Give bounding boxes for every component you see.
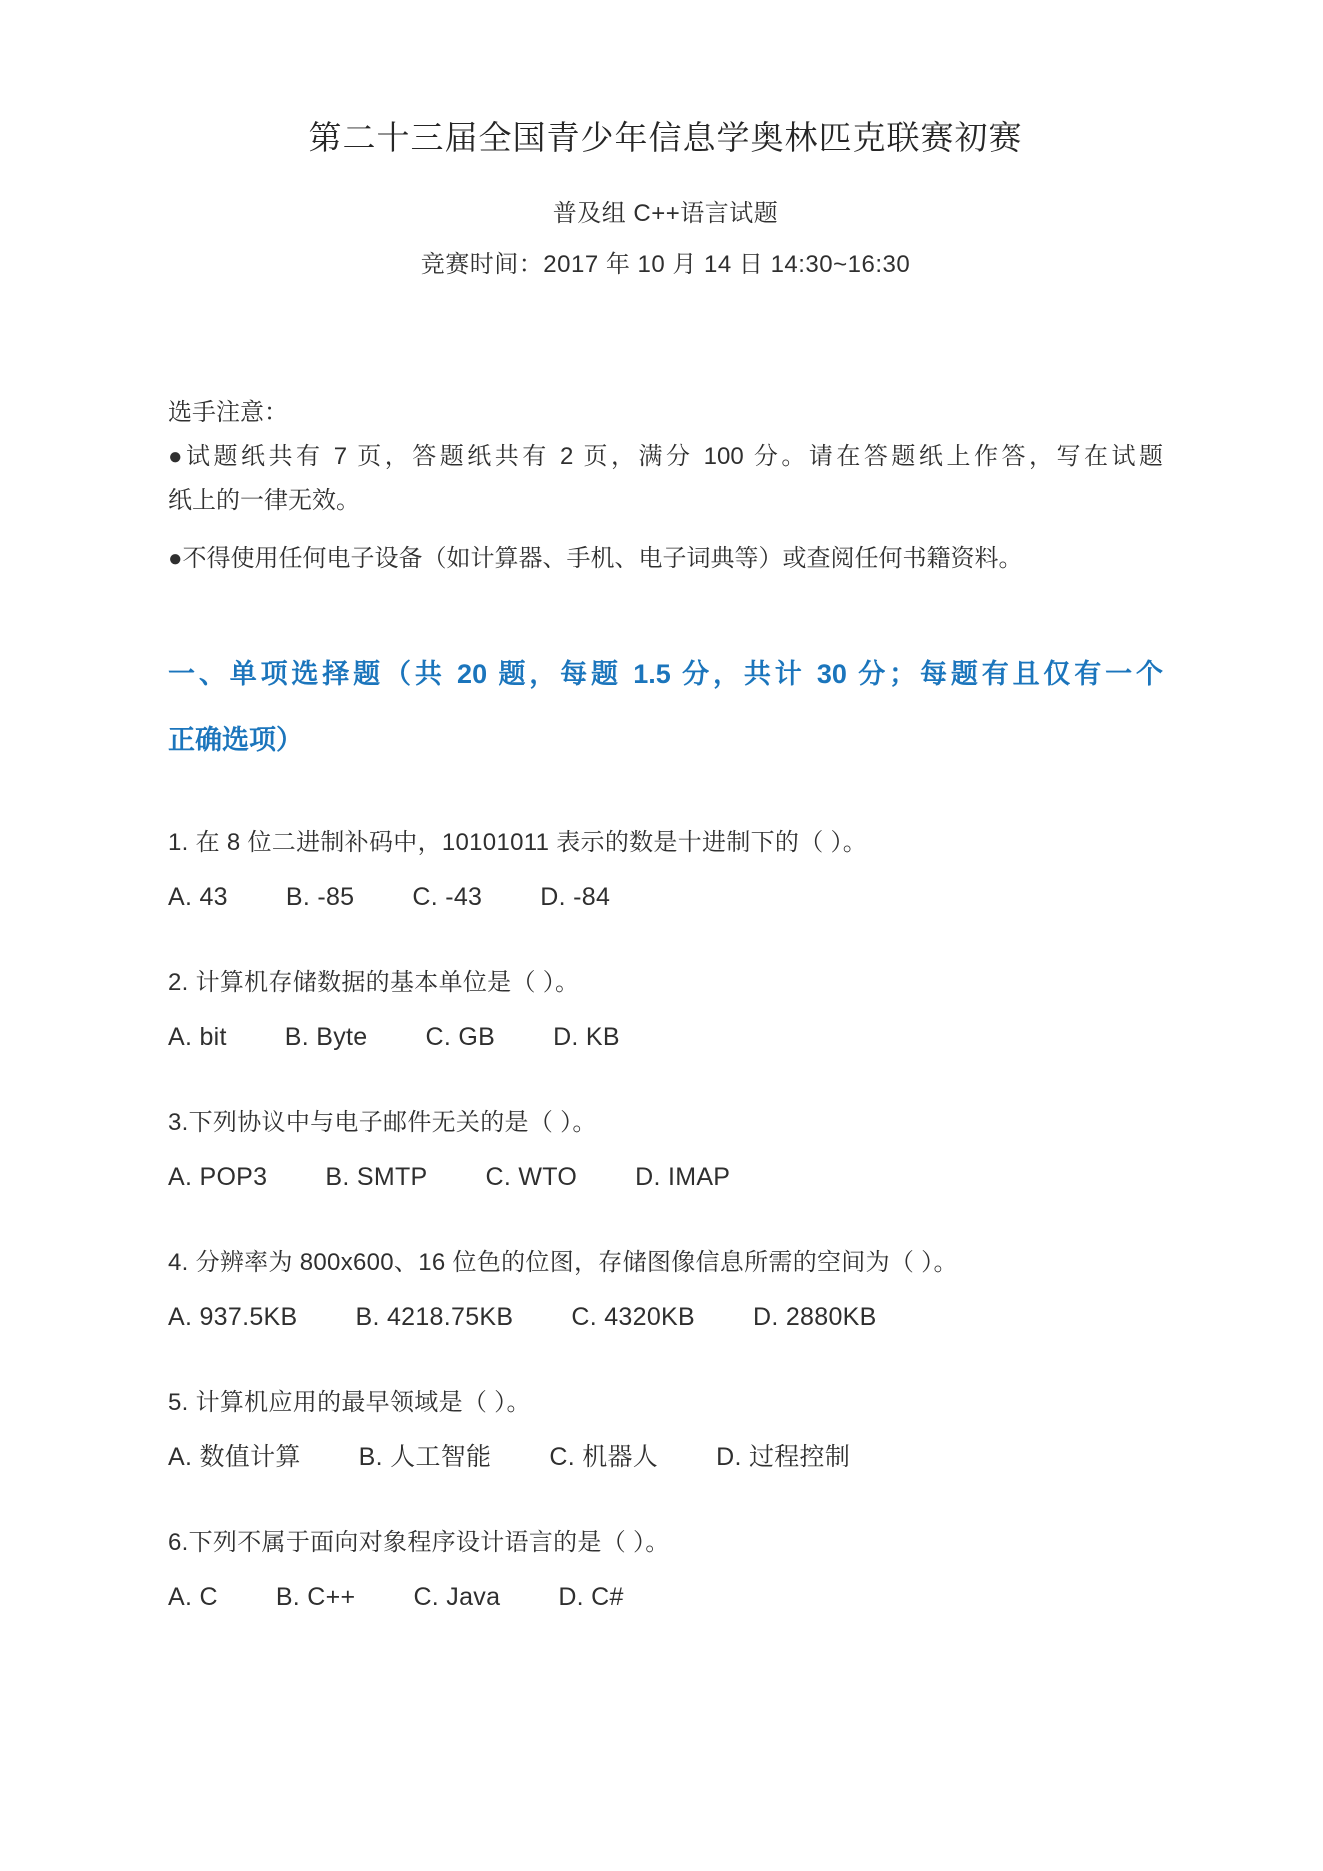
exam-subtitle: 普及组 C++语言试题	[168, 193, 1163, 228]
question-text: 3.下列协议中与电子邮件无关的是（ ）。	[168, 1109, 1163, 1137]
option-b: B. Byte	[285, 1023, 368, 1051]
option-c: C. -43	[412, 883, 482, 911]
contest-time: 竞赛时间：2017 年 10 月 14 日 14:30~16:30	[168, 244, 1163, 279]
options-row: A. POP3 B. SMTP C. WTO D. IMAP	[168, 1163, 1163, 1191]
options-row: A. 数值计算 B. 人工智能 C. 机器人 D. 过程控制	[168, 1443, 1163, 1471]
question-block-3: 3.下列协议中与电子邮件无关的是（ ）。 A. POP3 B. SMTP C. …	[168, 1109, 1163, 1191]
page-title: 第二十三届全国青少年信息学奥林匹克联赛初赛	[168, 118, 1163, 161]
options-row: A. 43 B. -85 C. -43 D. -84	[168, 883, 1163, 911]
option-d: D. IMAP	[635, 1163, 730, 1191]
question-block-6: 6.下列不属于面向对象程序设计语言的是（ ）。 A. C B. C++ C. J…	[168, 1529, 1163, 1611]
notice-item-1-line-2: 纸上的一律无效。	[168, 479, 1163, 523]
option-a: A. C	[168, 1583, 218, 1611]
options-row: A. C B. C++ C. Java D. C#	[168, 1583, 1163, 1611]
section-heading: 一、单项选择题（共 20 题，每题 1.5 分，共计 30 分；每题有且仅有一个…	[168, 641, 1163, 773]
option-b: B. -85	[286, 883, 355, 911]
section-heading-line-1: 一、单项选择题（共 20 题，每题 1.5 分，共计 30 分；每题有且仅有一个	[168, 641, 1163, 707]
question-text: 2. 计算机存储数据的基本单位是（ ）。	[168, 969, 1163, 997]
option-c: C. 4320KB	[571, 1303, 695, 1331]
option-b: B. 4218.75KB	[355, 1303, 513, 1331]
options-row: A. bit B. Byte C. GB D. KB	[168, 1023, 1163, 1051]
notice-item-2: ●不得使用任何电子设备（如计算器、手机、电子词典等）或查阅任何书籍资料。	[168, 537, 1163, 581]
question-block-2: 2. 计算机存储数据的基本单位是（ ）。 A. bit B. Byte C. G…	[168, 969, 1163, 1051]
options-row: A. 937.5KB B. 4218.75KB C. 4320KB D. 288…	[168, 1303, 1163, 1331]
option-a: A. POP3	[168, 1163, 267, 1191]
question-text: 1. 在 8 位二进制补码中，10101011 表示的数是十进制下的（ ）。	[168, 829, 1163, 857]
question-text: 6.下列不属于面向对象程序设计语言的是（ ）。	[168, 1529, 1163, 1557]
notice-heading: 选手注意：	[168, 391, 1163, 435]
option-d: D. 2880KB	[753, 1303, 877, 1331]
contestant-notice: 选手注意： ●试题纸共有 7 页，答题纸共有 2 页，满分 100 分。请在答题…	[168, 391, 1163, 581]
option-d: D. KB	[553, 1023, 620, 1051]
option-d: D. -84	[540, 883, 610, 911]
option-c: C. WTO	[486, 1163, 578, 1191]
section-heading-line-2: 正确选项）	[168, 707, 1163, 773]
option-b: B. SMTP	[325, 1163, 427, 1191]
option-a: A. 43	[168, 883, 228, 911]
option-c: C. Java	[413, 1583, 500, 1611]
question-list: 1. 在 8 位二进制补码中，10101011 表示的数是十进制下的（ ）。 A…	[168, 829, 1163, 1611]
notice-item-1-line-1: ●试题纸共有 7 页，答题纸共有 2 页，满分 100 分。请在答题纸上作答，写…	[168, 435, 1163, 479]
question-block-4: 4. 分辨率为 800x600、16 位色的位图，存储图像信息所需的空间为（ ）…	[168, 1249, 1163, 1331]
question-text: 4. 分辨率为 800x600、16 位色的位图，存储图像信息所需的空间为（ ）…	[168, 1249, 1163, 1277]
option-c: C. 机器人	[549, 1443, 658, 1471]
option-a: A. bit	[168, 1023, 227, 1051]
question-block-5: 5. 计算机应用的最早领域是（ ）。 A. 数值计算 B. 人工智能 C. 机器…	[168, 1389, 1163, 1471]
option-d: D. C#	[558, 1583, 623, 1611]
option-d: D. 过程控制	[716, 1443, 850, 1471]
option-b: B. C++	[276, 1583, 356, 1611]
option-b: B. 人工智能	[359, 1443, 492, 1471]
exam-paper-page: 第二十三届全国青少年信息学奥林匹克联赛初赛 普及组 C++语言试题 竞赛时间：2…	[0, 0, 1323, 1871]
option-a: A. 数值计算	[168, 1443, 301, 1471]
question-block-1: 1. 在 8 位二进制补码中，10101011 表示的数是十进制下的（ ）。 A…	[168, 829, 1163, 911]
question-text: 5. 计算机应用的最早领域是（ ）。	[168, 1389, 1163, 1417]
option-c: C. GB	[425, 1023, 495, 1051]
option-a: A. 937.5KB	[168, 1303, 297, 1331]
